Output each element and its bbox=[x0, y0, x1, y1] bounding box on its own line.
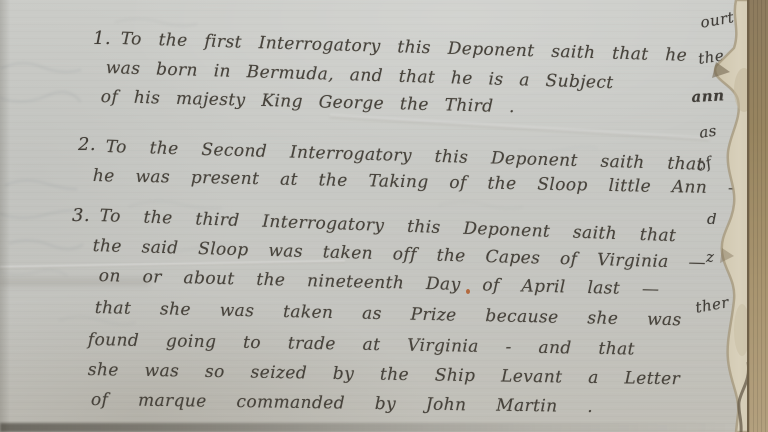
left-edge-shading bbox=[0, 0, 10, 432]
bottom-edge-shadow bbox=[0, 423, 768, 432]
book-page-block-edge bbox=[747, 0, 768, 432]
torn-page-edge bbox=[0, 0, 768, 432]
manuscript-photo: 1. To the first Interrogatory this Depon… bbox=[0, 0, 768, 432]
